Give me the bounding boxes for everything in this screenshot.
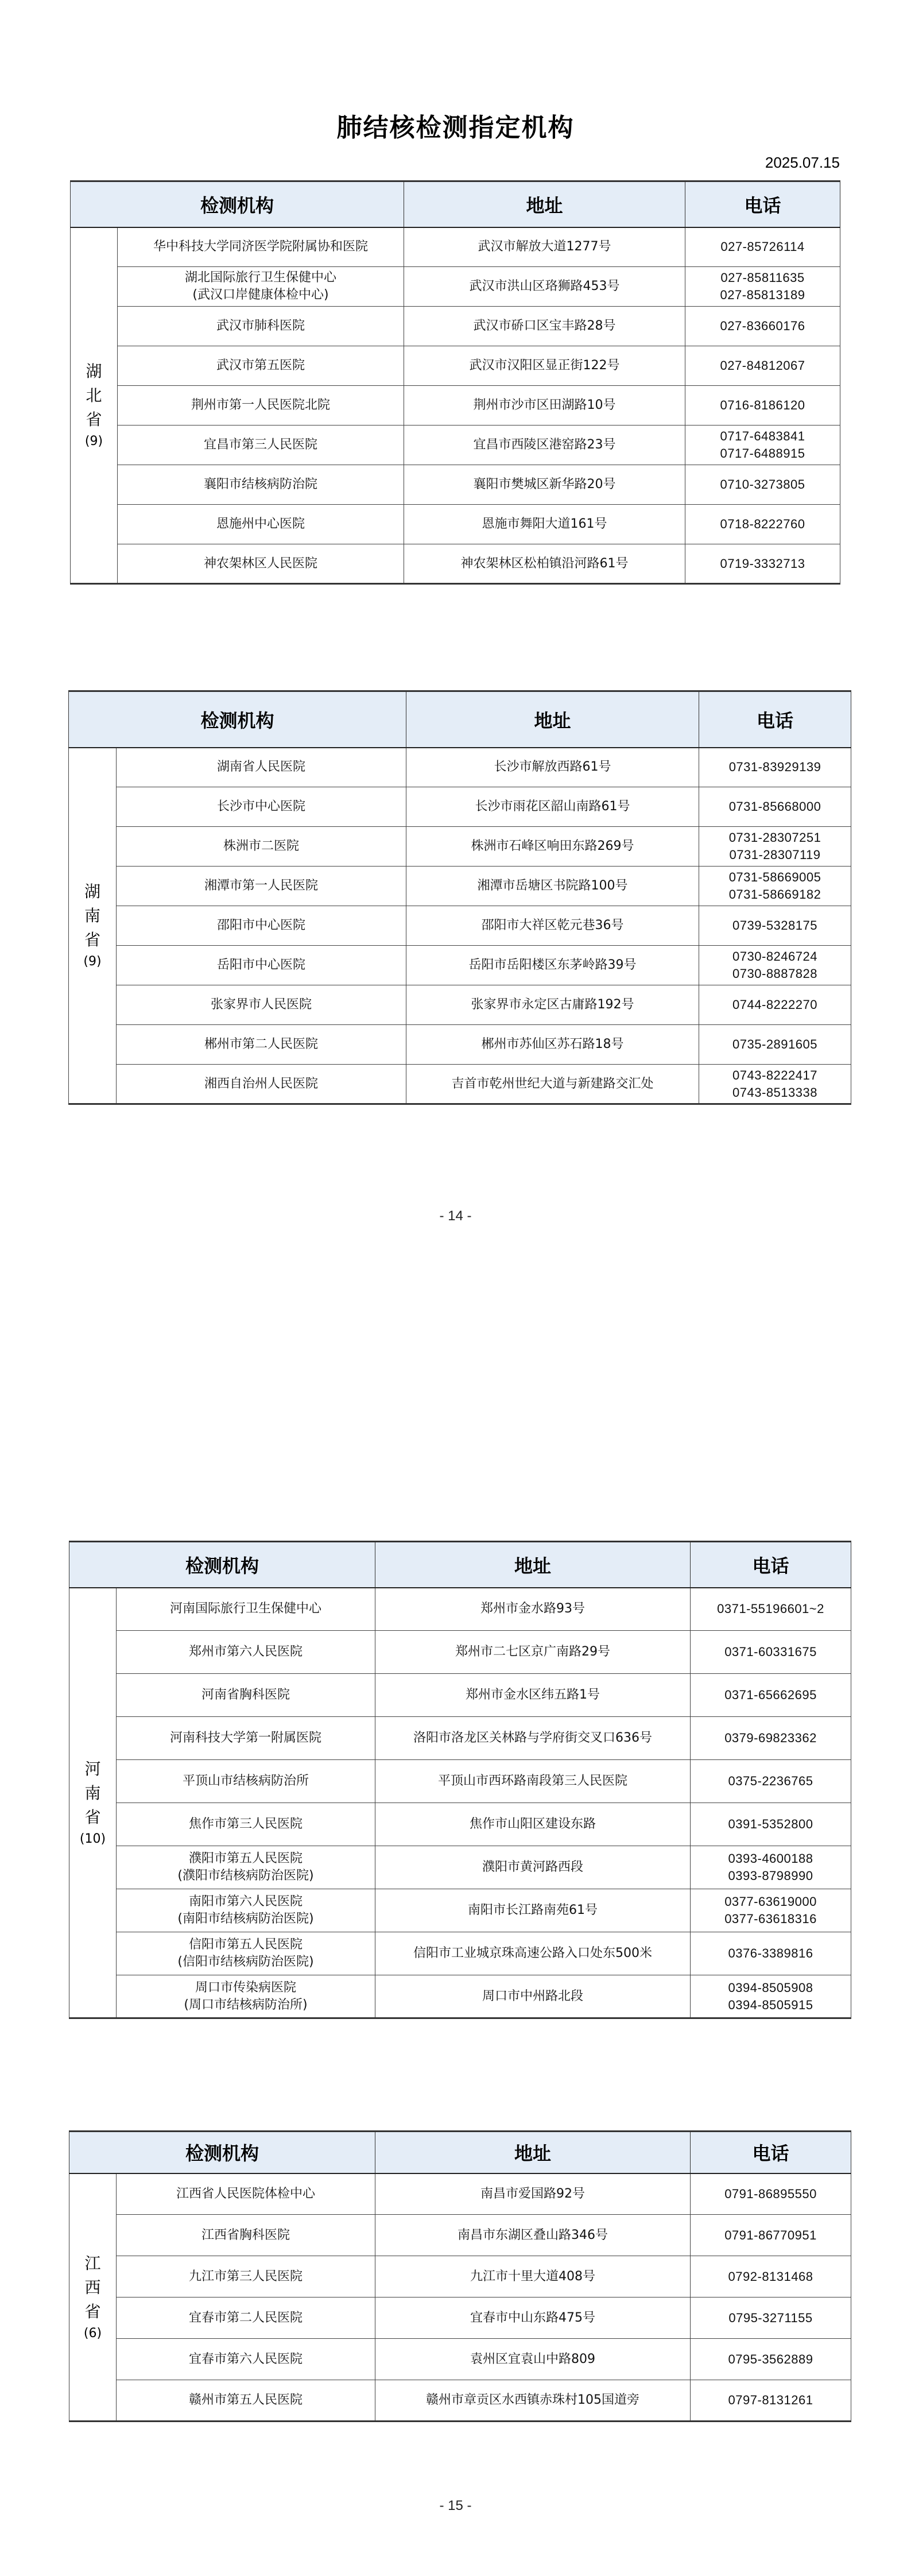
phone-number: 0717-6488915 [689, 445, 836, 462]
document-title: 肺结核检测指定机构 [0, 107, 911, 144]
address-cell: 南阳市长江路南苑61号 [375, 1889, 691, 1932]
phone-number: 0791-86770951 [694, 2227, 847, 2244]
institution-name: 株洲市二医院 [120, 838, 402, 855]
header-phone: 电话 [691, 1542, 851, 1588]
address-cell: 荆州市沙市区田湖路10号 [404, 386, 685, 426]
province-cell: 湖 南 省(9) [69, 748, 117, 1104]
table-row: 赣州市第五人民医院赣州市章贡区水西镇赤珠村105国道旁0797-8131261 [69, 2380, 851, 2422]
header-phone: 电话 [699, 691, 851, 748]
table-row: 九江市第三人民医院九江市十里大道408号0792-8131468 [69, 2256, 851, 2297]
phone-cell: 027-85811635027-85813189 [685, 267, 840, 307]
table-row: 湖 北 省(9)华中科技大学同济医学院附属协和医院武汉市解放大道1277号027… [71, 227, 840, 267]
table-row: 平顶山市结核病防治所平顶山市西环路南段第三人民医院0375-2236765 [69, 1760, 851, 1803]
phone-number: 0376-3389816 [694, 1945, 847, 1962]
institution-name: 湘潭市第一人民医院 [120, 877, 402, 895]
table-row: 信阳市第五人民医院(信阳市结核病防治医院)信阳市工业城京珠高速公路入口处东500… [69, 1932, 851, 1975]
phone-cell: 0731-83929139 [699, 748, 851, 787]
phone-cell: 0791-86770951 [691, 2215, 851, 2256]
address-cell: 焦作市山阳区建设东路 [375, 1803, 691, 1846]
province-cell: 湖 北 省(9) [71, 227, 118, 584]
table-row: 河南省胸科医院郑州市金水区纬五路1号0371-65662695 [69, 1674, 851, 1717]
table-row: 宜春市第六人民医院袁州区宜袁山中路8090795-3562889 [69, 2339, 851, 2380]
institution-name: 邵阳市中心医院 [120, 917, 402, 934]
address-cell: 襄阳市樊城区新华路20号 [404, 465, 685, 505]
address-cell: 九江市十里大道408号 [375, 2256, 691, 2297]
institution-name: 平顶山市结核病防治所 [120, 1773, 371, 1790]
phone-number: 0731-85668000 [703, 798, 847, 815]
table-row: 岳阳市中心医院岳阳市岳阳楼区东茅岭路39号0730-82467240730-88… [69, 946, 851, 985]
institution-cell: 恩施州中心医院 [118, 505, 404, 544]
phone-number: 0377-63618316 [694, 1910, 847, 1928]
phone-number: 0795-3271155 [694, 2310, 847, 2327]
address-cell: 信阳市工业城京珠高速公路入口处东500米 [375, 1932, 691, 1975]
institution-name: 长沙市中心医院 [120, 798, 402, 815]
address-cell: 武汉市洪山区珞狮路453号 [404, 267, 685, 307]
institution-cell: 神农架林区人民医院 [118, 544, 404, 584]
address-cell: 濮阳市黄河路西段 [375, 1846, 691, 1889]
phone-cell: 0379-69823362 [691, 1717, 851, 1760]
document-date: 2025.07.15 [765, 154, 840, 172]
institution-cell: 湘潭市第一人民医院 [117, 867, 406, 906]
address-cell: 宜春市中山东路475号 [375, 2297, 691, 2339]
phone-number: 0731-83929139 [703, 759, 847, 776]
institution-name: 荆州市第一人民医院北院 [121, 397, 400, 414]
institution-name: 湖北国际旅行卫生保健中心 [121, 269, 400, 287]
institution-cell: 长沙市中心医院 [117, 787, 406, 827]
phone-cell: 0375-2236765 [691, 1760, 851, 1803]
phone-number: 0379-69823362 [694, 1730, 847, 1747]
address-cell: 周口市中州路北段 [375, 1975, 691, 2018]
institution-cell: 宜春市第六人民医院 [117, 2339, 375, 2380]
address-cell: 郑州市金水路93号 [375, 1588, 691, 1631]
institution-cell: 邵阳市中心医院 [117, 906, 406, 946]
address-cell: 袁州区宜袁山中路809 [375, 2339, 691, 2380]
institution-name: 周口市传染病医院 [120, 1979, 371, 1997]
institution-cell: 华中科技大学同济医学院附属协和医院 [118, 227, 404, 267]
table-row: 湖 南 省(9)湖南省人民医院长沙市解放西路61号0731-83929139 [69, 748, 851, 787]
phone-cell: 0730-82467240730-8887828 [699, 946, 851, 985]
institution-name: 宜春市第六人民医院 [120, 2351, 371, 2368]
table-row: 宜昌市第三人民医院宜昌市西陵区港窑路23号0717-64838410717-64… [71, 426, 840, 465]
page-number: - 14 - [0, 1208, 911, 1224]
institution-name: 恩施州中心医院 [121, 516, 400, 533]
institution-cell: 郑州市第六人民医院 [117, 1631, 375, 1674]
institution-cell: 株洲市二医院 [117, 827, 406, 867]
phone-cell: 0376-3389816 [691, 1932, 851, 1975]
page-number: - 15 - [0, 2498, 911, 2514]
phone-cell: 0719-3332713 [685, 544, 840, 584]
phone-cell: 0795-3562889 [691, 2339, 851, 2380]
address-cell: 洛阳市洛龙区关林路与学府街交叉口636号 [375, 1717, 691, 1760]
table-row: 襄阳市结核病防治院襄阳市樊城区新华路20号0710-3273805 [71, 465, 840, 505]
table-row: 河 南 省(10)河南国际旅行卫生保健中心郑州市金水路93号0371-55196… [69, 1588, 851, 1631]
table-row: 湘西自治州人民医院吉首市乾州世纪大道与新建路交汇处0743-8222417074… [69, 1065, 851, 1104]
province-count: (9) [72, 952, 113, 971]
institution-name: 郴州市第二人民医院 [120, 1036, 402, 1053]
header-address: 地址 [375, 2132, 691, 2173]
phone-cell: 0743-82224170743-8513338 [699, 1065, 851, 1104]
institution-name: 武汉市肺科医院 [121, 318, 400, 335]
address-cell: 吉首市乾州世纪大道与新建路交汇处 [406, 1065, 699, 1104]
institution-cell: 张家界市人民医院 [117, 985, 406, 1025]
institution-name: 江西省胸科医院 [120, 2227, 371, 2244]
institution-name: 神农架林区人民医院 [121, 555, 400, 573]
phone-number: 027-85811635 [689, 269, 836, 287]
phone-cell: 0731-586690050731-58669182 [699, 867, 851, 906]
phone-number: 0795-3562889 [694, 2351, 847, 2368]
institution-name: 湘西自治州人民医院 [120, 1076, 402, 1093]
phone-number: 0393-8798990 [694, 1867, 847, 1885]
institution-cell: 平顶山市结核病防治所 [117, 1760, 375, 1803]
phone-number: 0744-8222270 [703, 996, 847, 1014]
phone-cell: 0739-5328175 [699, 906, 851, 946]
phone-number: 0718-8222760 [689, 516, 836, 533]
table-row: 濮阳市第五人民医院(濮阳市结核病防治医院)濮阳市黄河路西段0393-460018… [69, 1846, 851, 1889]
address-cell: 张家界市永定区古庸路192号 [406, 985, 699, 1025]
institution-cell: 江西省胸科医院 [117, 2215, 375, 2256]
institution-cell: 河南国际旅行卫生保健中心 [117, 1588, 375, 1631]
institution-name: 宜春市第二人民医院 [120, 2310, 371, 2327]
address-cell: 株洲市石峰区响田东路269号 [406, 827, 699, 867]
phone-number: 0394-8505908 [694, 1979, 847, 1997]
institution-cell: 湖北国际旅行卫生保健中心(武汉口岸健康体检中心) [118, 267, 404, 307]
institution-name: 河南省胸科医院 [120, 1687, 371, 1704]
province-cell: 河 南 省(10) [69, 1588, 117, 2018]
address-cell: 长沙市雨花区韶山南路61号 [406, 787, 699, 827]
phone-cell: 0735-2891605 [699, 1025, 851, 1065]
province-cell: 江 西 省(6) [69, 2173, 117, 2422]
institution-name: (信阳市结核病防治医院) [120, 1954, 371, 1971]
institution-cell: 江西省人民医院体检中心 [117, 2173, 375, 2215]
phone-cell: 0717-64838410717-6488915 [685, 426, 840, 465]
phone-number: 027-85813189 [689, 287, 836, 304]
phone-cell: 027-85726114 [685, 227, 840, 267]
institution-name: 九江市第三人民医院 [120, 2268, 371, 2285]
phone-cell: 0371-55196601~2 [691, 1588, 851, 1631]
phone-cell: 0791-86895550 [691, 2173, 851, 2215]
institution-cell: 濮阳市第五人民医院(濮阳市结核病防治医院) [117, 1846, 375, 1889]
table-row: 长沙市中心医院长沙市雨花区韶山南路61号0731-85668000 [69, 787, 851, 827]
phone-number: 0377-63619000 [694, 1893, 847, 1910]
phone-number: 0743-8513338 [703, 1084, 847, 1101]
address-cell: 湘潭市岳塘区书院路100号 [406, 867, 699, 906]
phone-cell: 0716-8186120 [685, 386, 840, 426]
phone-cell: 0393-46001880393-8798990 [691, 1846, 851, 1889]
address-cell: 武汉市硚口区宝丰路28号 [404, 307, 685, 346]
phone-cell: 0371-60331675 [691, 1631, 851, 1674]
institution-name: 武汉市第五医院 [121, 357, 400, 374]
institution-cell: 宜昌市第三人民医院 [118, 426, 404, 465]
institution-cell: 宜春市第二人民医院 [117, 2297, 375, 2339]
institution-cell: 武汉市肺科医院 [118, 307, 404, 346]
header-institution: 检测机构 [71, 181, 404, 227]
table-row: 张家界市人民医院张家界市永定区古庸路192号0744-8222270 [69, 985, 851, 1025]
province-count: (6) [73, 2324, 113, 2343]
phone-cell: 0710-3273805 [685, 465, 840, 505]
table-hunan: 检测机构 地址 电话 湖 南 省(9)湖南省人民医院长沙市解放西路61号0731… [68, 690, 851, 1105]
table-row: 邵阳市中心医院邵阳市大祥区乾元巷36号0739-5328175 [69, 906, 851, 946]
address-cell: 南昌市东湖区叠山路346号 [375, 2215, 691, 2256]
phone-cell: 0731-283072510731-28307119 [699, 827, 851, 867]
address-cell: 郴州市苏仙区苏石路18号 [406, 1025, 699, 1065]
phone-cell: 0731-85668000 [699, 787, 851, 827]
phone-number: 0791-86895550 [694, 2186, 847, 2203]
table-row: 焦作市第三人民医院焦作市山阳区建设东路0391-5352800 [69, 1803, 851, 1846]
header-address: 地址 [375, 1542, 691, 1588]
phone-cell: 0371-65662695 [691, 1674, 851, 1717]
institution-cell: 武汉市第五医院 [118, 346, 404, 386]
province-count: (10) [73, 1829, 113, 1848]
province-count: (9) [74, 432, 114, 451]
phone-number: 0730-8887828 [703, 965, 847, 983]
phone-cell: 0718-8222760 [685, 505, 840, 544]
phone-number: 0710-3273805 [689, 476, 836, 493]
phone-number: 0719-3332713 [689, 555, 836, 573]
institution-cell: 九江市第三人民医院 [117, 2256, 375, 2297]
header-institution: 检测机构 [69, 691, 406, 748]
institution-cell: 襄阳市结核病防治院 [118, 465, 404, 505]
header-phone: 电话 [691, 2132, 851, 2173]
phone-number: 0739-5328175 [703, 917, 847, 934]
institution-cell: 湖南省人民医院 [117, 748, 406, 787]
address-cell: 郑州市金水区纬五路1号 [375, 1674, 691, 1717]
institution-cell: 河南科技大学第一附属医院 [117, 1717, 375, 1760]
header-address: 地址 [406, 691, 699, 748]
address-cell: 宜昌市西陵区港窑路23号 [404, 426, 685, 465]
table-row: 江 西 省(6)江西省人民医院体检中心南昌市爱国路92号0791-8689555… [69, 2173, 851, 2215]
table-row: 武汉市肺科医院武汉市硚口区宝丰路28号027-83660176 [71, 307, 840, 346]
institution-name: 河南国际旅行卫生保健中心 [120, 1600, 371, 1618]
address-cell: 武汉市汉阳区显正街122号 [404, 346, 685, 386]
phone-number: 027-83660176 [689, 318, 836, 335]
institution-name: 张家界市人民医院 [120, 996, 402, 1014]
phone-number: 0371-55196601~2 [694, 1600, 847, 1618]
table-row: 荆州市第一人民医院北院荆州市沙市区田湖路10号0716-8186120 [71, 386, 840, 426]
institution-name: 濮阳市第五人民医院 [120, 1850, 371, 1867]
phone-cell: 027-84812067 [685, 346, 840, 386]
institution-name: 宜昌市第三人民医院 [121, 436, 400, 454]
phone-number: 0391-5352800 [694, 1816, 847, 1833]
phone-cell: 0394-85059080394-8505915 [691, 1975, 851, 2018]
institution-cell: 信阳市第五人民医院(信阳市结核病防治医院) [117, 1932, 375, 1975]
address-cell: 郑州市二七区京广南路29号 [375, 1631, 691, 1674]
table-row: 江西省胸科医院南昌市东湖区叠山路346号0791-86770951 [69, 2215, 851, 2256]
institution-name: 湖南省人民医院 [120, 759, 402, 776]
institution-name: (周口市结核病防治所) [120, 1997, 371, 2014]
table-row: 河南科技大学第一附属医院洛阳市洛龙区关林路与学府街交叉口636号0379-698… [69, 1717, 851, 1760]
phone-number: 0716-8186120 [689, 397, 836, 414]
institution-name: 河南科技大学第一附属医院 [120, 1730, 371, 1747]
institution-cell: 周口市传染病医院(周口市结核病防治所) [117, 1975, 375, 2018]
phone-number: 0792-8131468 [694, 2268, 847, 2285]
institution-cell: 赣州市第五人民医院 [117, 2380, 375, 2422]
address-cell: 神农架林区松柏镇沿河路61号 [404, 544, 685, 584]
header-institution: 检测机构 [69, 1542, 375, 1588]
table-row: 郴州市第二人民医院郴州市苏仙区苏石路18号0735-2891605 [69, 1025, 851, 1065]
institution-name: 郑州市第六人民医院 [120, 1643, 371, 1661]
address-cell: 恩施市舞阳大道161号 [404, 505, 685, 544]
institution-name: 襄阳市结核病防治院 [121, 476, 400, 493]
institution-name: (南阳市结核病防治医院) [120, 1910, 371, 1928]
address-cell: 长沙市解放西路61号 [406, 748, 699, 787]
phone-number: 0393-4600188 [694, 1850, 847, 1867]
institution-cell: 湘西自治州人民医院 [117, 1065, 406, 1104]
institution-name: 江西省人民医院体检中心 [120, 2186, 371, 2203]
institution-name: (武汉口岸健康体检中心) [121, 287, 400, 304]
province-name: 江 西 省 [84, 2254, 100, 2321]
institution-name: 岳阳市中心医院 [120, 957, 402, 974]
table-row: 宜春市第二人民医院宜春市中山东路475号0795-3271155 [69, 2297, 851, 2339]
institution-name: 焦作市第三人民医院 [120, 1816, 371, 1833]
phone-number: 0730-8246724 [703, 948, 847, 965]
table-row: 南阳市第六人民医院(南阳市结核病防治医院)南阳市长江路南苑61号0377-636… [69, 1889, 851, 1932]
phone-number: 0394-8505915 [694, 1997, 847, 2014]
phone-number: 027-85726114 [689, 238, 836, 256]
phone-number: 0371-65662695 [694, 1687, 847, 1704]
address-cell: 邵阳市大祥区乾元巷36号 [406, 906, 699, 946]
address-cell: 南昌市爱国路92号 [375, 2173, 691, 2215]
address-cell: 武汉市解放大道1277号 [404, 227, 685, 267]
phone-number: 0731-58669182 [703, 886, 847, 903]
phone-number: 027-84812067 [689, 357, 836, 374]
phone-cell: 0391-5352800 [691, 1803, 851, 1846]
table-row: 湘潭市第一人民医院湘潭市岳塘区书院路100号0731-586690050731-… [69, 867, 851, 906]
phone-cell: 0792-8131468 [691, 2256, 851, 2297]
table-hubei: 检测机构 地址 电话 湖 北 省(9)华中科技大学同济医学院附属协和医院武汉市解… [70, 180, 840, 585]
phone-number: 0731-28307119 [703, 846, 847, 864]
phone-number: 0735-2891605 [703, 1036, 847, 1053]
institution-cell: 焦作市第三人民医院 [117, 1803, 375, 1846]
table-row: 武汉市第五医院武汉市汉阳区显正街122号027-84812067 [71, 346, 840, 386]
institution-cell: 南阳市第六人民医院(南阳市结核病防治医院) [117, 1889, 375, 1932]
institution-name: 南阳市第六人民医院 [120, 1893, 371, 1910]
institution-cell: 河南省胸科医院 [117, 1674, 375, 1717]
phone-number: 0731-58669005 [703, 869, 847, 886]
table-row: 周口市传染病医院(周口市结核病防治所)周口市中州路北段0394-85059080… [69, 1975, 851, 2018]
header-phone: 电话 [685, 181, 840, 227]
table-henan: 检测机构 地址 电话 河 南 省(10)河南国际旅行卫生保健中心郑州市金水路93… [69, 1541, 851, 2019]
phone-number: 0743-8222417 [703, 1067, 847, 1084]
header-institution: 检测机构 [69, 2132, 375, 2173]
table-row: 神农架林区人民医院神农架林区松柏镇沿河路61号0719-3332713 [71, 544, 840, 584]
address-cell: 平顶山市西环路南段第三人民医院 [375, 1760, 691, 1803]
phone-number: 0797-8131261 [694, 2392, 847, 2409]
institution-cell: 荆州市第一人民医院北院 [118, 386, 404, 426]
phone-number: 0371-60331675 [694, 1643, 847, 1661]
phone-cell: 0744-8222270 [699, 985, 851, 1025]
province-name: 湖 南 省 [84, 882, 100, 949]
phone-number: 0375-2236765 [694, 1773, 847, 1790]
table-row: 郑州市第六人民医院郑州市二七区京广南路29号0371-60331675 [69, 1631, 851, 1674]
institution-name: 赣州市第五人民医院 [120, 2392, 371, 2409]
institution-cell: 郴州市第二人民医院 [117, 1025, 406, 1065]
phone-cell: 0377-636190000377-63618316 [691, 1889, 851, 1932]
phone-cell: 027-83660176 [685, 307, 840, 346]
phone-number: 0717-6483841 [689, 428, 836, 445]
phone-cell: 0797-8131261 [691, 2380, 851, 2422]
institution-name: 华中科技大学同济医学院附属协和医院 [121, 238, 400, 256]
address-cell: 岳阳市岳阳楼区东茅岭路39号 [406, 946, 699, 985]
institution-cell: 岳阳市中心医院 [117, 946, 406, 985]
phone-number: 0731-28307251 [703, 829, 847, 846]
table-row: 株洲市二医院株洲市石峰区响田东路269号0731-283072510731-28… [69, 827, 851, 867]
institution-name: (濮阳市结核病防治医院) [120, 1867, 371, 1885]
header-address: 地址 [404, 181, 685, 227]
province-name: 河 南 省 [84, 1759, 100, 1827]
table-jiangxi: 检测机构 地址 电话 江 西 省(6)江西省人民医院体检中心南昌市爱国路92号0… [69, 2130, 851, 2422]
province-name: 湖 北 省 [86, 362, 102, 429]
address-cell: 赣州市章贡区水西镇赤珠村105国道旁 [375, 2380, 691, 2422]
table-row: 湖北国际旅行卫生保健中心(武汉口岸健康体检中心)武汉市洪山区珞狮路453号027… [71, 267, 840, 307]
table-row: 恩施州中心医院恩施市舞阳大道161号0718-8222760 [71, 505, 840, 544]
institution-name: 信阳市第五人民医院 [120, 1936, 371, 1954]
phone-cell: 0795-3271155 [691, 2297, 851, 2339]
